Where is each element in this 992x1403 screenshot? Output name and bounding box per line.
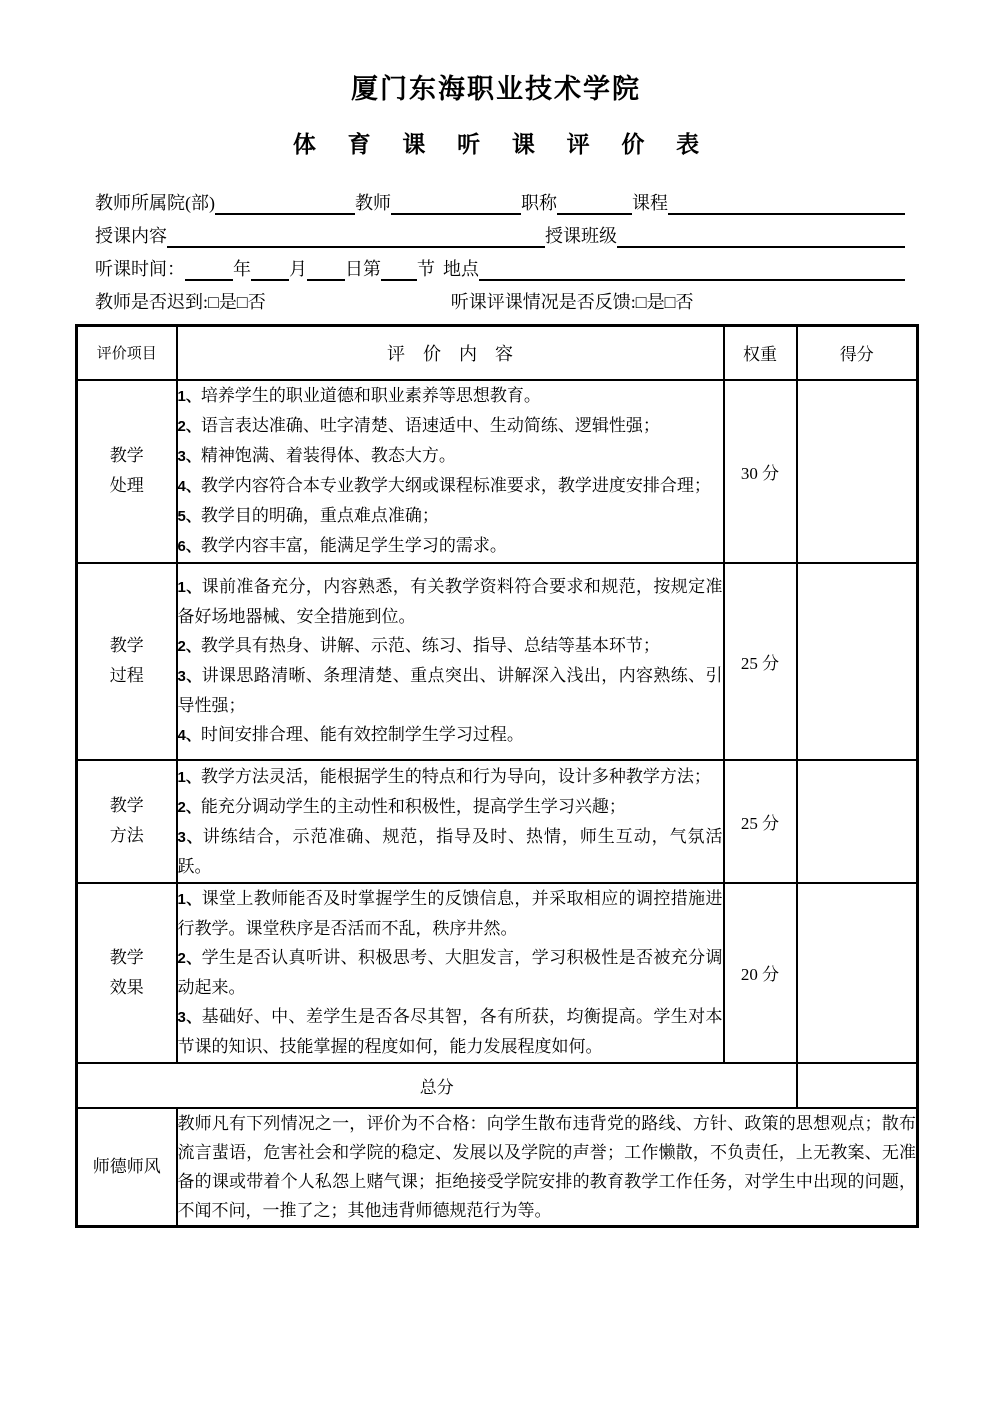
criteria-item: 2、教学具有热身、讲解、示范、练习、指导、总结等基本环节； xyxy=(178,631,723,661)
feedback-question-label: 听课评课情况是否反馈: xyxy=(451,290,636,314)
header-evaluation-content: 评 价 内 容 xyxy=(177,326,724,380)
criteria-item: 1、教学方法灵活，能根据学生的特点和行为导向，设计多种教学方法； xyxy=(178,762,723,792)
form-line-4: 教师是否迟到: □ 是 □ 否 听课评课情况是否反馈: □ 是 □ 否 xyxy=(95,281,905,314)
weight-cell: 25 分 xyxy=(724,563,797,760)
place-blank[interactable] xyxy=(479,259,905,281)
late-no-label: 否 xyxy=(248,290,266,314)
day-label: 日第 xyxy=(345,257,381,281)
header-weight: 权重 xyxy=(724,326,797,380)
form-line-2: 授课内容 授课班级 xyxy=(95,215,905,248)
criteria-item: 3、讲练结合，示范准确、规范，指导及时、热情，师生互动，气氛活跃。 xyxy=(178,822,723,881)
category-line: 效果 xyxy=(78,973,176,1003)
evaluation-table: 评价项目 评 价 内 容 权重 得分 教学 处理 1、培养学生的职业道德和职业素… xyxy=(75,324,919,1228)
page-subtitle: 体 育 课 听 课 评 价 表 xyxy=(0,130,992,160)
criteria-item: 1、课前准备充分，内容熟悉，有关教学资料符合要求和规范，按规定准备好场地器械、安… xyxy=(178,572,723,631)
criteria-item: 4、教学内容符合本专业教学大纲或课程标准要求，教学进度安排合理； xyxy=(178,471,723,501)
criteria-item: 2、能充分调动学生的主动性和积极性，提高学生学习兴趣； xyxy=(178,792,723,822)
category-line: 教学 xyxy=(78,791,176,821)
feedback-no-label: 否 xyxy=(676,290,694,314)
late-yes-checkbox-icon[interactable]: □ xyxy=(208,290,219,314)
weight-cell: 25 分 xyxy=(724,760,797,883)
dept-label: 教师所属院(部) xyxy=(95,191,215,215)
criteria-item: 4、时间安排合理、能有效控制学生学习过程。 xyxy=(178,720,723,750)
criteria-cell: 1、课前准备充分，内容熟悉，有关教学资料符合要求和规范，按规定准备好场地器械、安… xyxy=(177,563,724,760)
category-line: 教学 xyxy=(78,943,176,973)
lesson-content-blank[interactable] xyxy=(167,226,545,248)
form-line-1: 教师所属院(部) 教师 职称 课程 xyxy=(95,182,905,215)
score-cell xyxy=(797,380,918,563)
dept-blank[interactable] xyxy=(215,193,355,215)
criteria-item: 3、讲课思路清晰、条理清楚、重点突出、讲解深入浅出，内容熟练、引导性强； xyxy=(178,661,723,720)
lesson-content-label: 授课内容 xyxy=(95,224,167,248)
class-blank[interactable] xyxy=(617,226,905,248)
form-header: 教师所属院(部) 教师 职称 课程 授课内容 授课班级 听课时间： 年 月 日第… xyxy=(95,182,905,314)
table-row-total: 总分 xyxy=(77,1063,918,1108)
teacher-label: 教师 xyxy=(355,191,391,215)
score-cell xyxy=(797,563,918,760)
total-label-cell: 总分 xyxy=(77,1063,797,1108)
table-header-row: 评价项目 评 价 内 容 权重 得分 xyxy=(77,326,918,380)
category-cell: 教学 方法 xyxy=(77,760,177,883)
criteria-item: 5、教学目的明确，重点难点准确； xyxy=(178,501,723,531)
day-blank[interactable] xyxy=(307,259,345,281)
period-blank[interactable] xyxy=(381,259,417,281)
header-evaluation-item: 评价项目 xyxy=(77,326,177,380)
table-row-teaching-process: 教学 过程 1、课前准备充分，内容熟悉，有关教学资料符合要求和规范，按规定准备好… xyxy=(77,563,918,760)
late-yes-label: 是 xyxy=(219,290,237,314)
score-cell xyxy=(797,760,918,883)
category-cell: 教学 效果 xyxy=(77,883,177,1063)
table-row-ethics: 师德师风 教师凡有下列情况之一，评价为不合格：向学生散布违背党的路线、方针、政策… xyxy=(77,1108,918,1227)
ethics-category-cell: 师德师风 xyxy=(77,1108,177,1227)
rank-label: 职称 xyxy=(521,191,557,215)
course-blank[interactable] xyxy=(668,193,905,215)
month-label: 月 xyxy=(289,257,307,281)
page-title: 厦门东海职业技术学院 xyxy=(0,72,992,106)
place-label: 地点 xyxy=(443,257,479,281)
feedback-yes-checkbox-icon[interactable]: □ xyxy=(636,290,647,314)
month-blank[interactable] xyxy=(251,259,289,281)
period-label: 节 xyxy=(417,257,435,281)
criteria-item: 3、基础好、中、差学生是否各尽其智，各有所获，均衡提高。学生对本节课的知识、技能… xyxy=(178,1002,723,1061)
weight-cell: 30 分 xyxy=(724,380,797,563)
document-page: 厦门东海职业技术学院 体 育 课 听 课 评 价 表 教师所属院(部) 教师 职… xyxy=(0,0,992,1403)
criteria-item: 1、课堂上教师能否及时掌握学生的反馈信息，并采取相应的调控措施进行教学。课堂秩序… xyxy=(178,884,723,943)
criteria-item: 2、语言表达准确、吐字清楚、语速适中、生动简练、逻辑性强； xyxy=(178,411,723,441)
table-row-teaching-effect: 教学 效果 1、课堂上教师能否及时掌握学生的反馈信息，并采取相应的调控措施进行教… xyxy=(77,883,918,1063)
category-cell: 教学 处理 xyxy=(77,380,177,563)
late-question-label: 教师是否迟到: xyxy=(95,290,208,314)
category-line: 方法 xyxy=(78,821,176,851)
category-cell: 教学 过程 xyxy=(77,563,177,760)
category-line: 教学 xyxy=(78,631,176,661)
late-no-checkbox-icon[interactable]: □ xyxy=(237,290,248,314)
form-line-3: 听课时间： 年 月 日第 节 地点 xyxy=(95,248,905,281)
criteria-item: 3、精神饱满、着装得体、教态大方。 xyxy=(178,441,723,471)
year-blank[interactable] xyxy=(185,259,233,281)
ethics-text-cell: 教师凡有下列情况之一，评价为不合格：向学生散布违背党的路线、方针、政策的思想观点… xyxy=(177,1108,918,1227)
category-line: 教学 xyxy=(78,441,176,471)
rank-blank[interactable] xyxy=(557,193,632,215)
course-label: 课程 xyxy=(632,191,668,215)
category-line: 处理 xyxy=(78,471,176,501)
header-score: 得分 xyxy=(797,326,918,380)
feedback-yes-label: 是 xyxy=(647,290,665,314)
table-row-teaching-method: 教学 方法 1、教学方法灵活，能根据学生的特点和行为导向，设计多种教学方法； 2… xyxy=(77,760,918,883)
criteria-item: 6、教学内容丰富，能满足学生学习的需求。 xyxy=(178,531,723,561)
year-label: 年 xyxy=(233,257,251,281)
weight-cell: 20 分 xyxy=(724,883,797,1063)
category-line: 过程 xyxy=(78,661,176,691)
score-cell xyxy=(797,883,918,1063)
table-row-teaching-handling: 教学 处理 1、培养学生的职业道德和职业素养等思想教育。 2、语言表达准确、吐字… xyxy=(77,380,918,563)
feedback-no-checkbox-icon[interactable]: □ xyxy=(665,290,676,314)
criteria-item: 2、学生是否认真听讲、积极思考、大胆发言，学习积极性是否被充分调动起来。 xyxy=(178,943,723,1002)
class-label: 授课班级 xyxy=(545,224,617,248)
criteria-cell: 1、课堂上教师能否及时掌握学生的反馈信息，并采取相应的调控措施进行教学。课堂秩序… xyxy=(177,883,724,1063)
criteria-item: 1、培养学生的职业道德和职业素养等思想教育。 xyxy=(178,381,723,411)
observe-time-label: 听课时间： xyxy=(95,257,185,281)
total-score-cell xyxy=(797,1063,918,1108)
criteria-cell: 1、培养学生的职业道德和职业素养等思想教育。 2、语言表达准确、吐字清楚、语速适… xyxy=(177,380,724,563)
teacher-blank[interactable] xyxy=(391,193,521,215)
criteria-cell: 1、教学方法灵活，能根据学生的特点和行为导向，设计多种教学方法； 2、能充分调动… xyxy=(177,760,724,883)
